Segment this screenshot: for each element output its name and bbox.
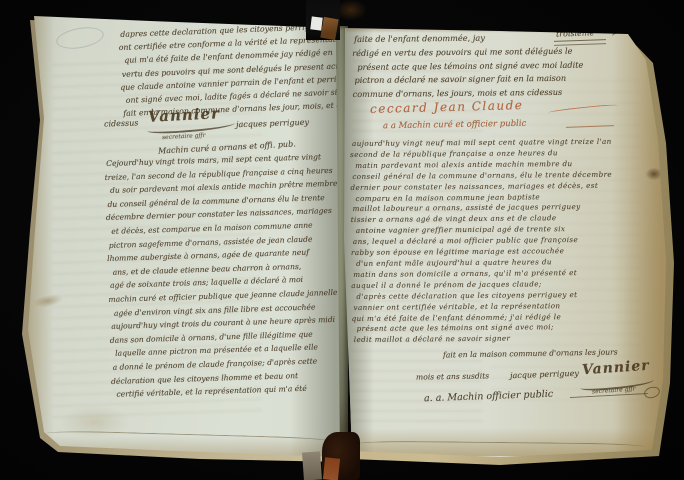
right-page-birth-record: aujourd'huy vingt neuf mai mil sept cent… [352, 137, 614, 346]
left-page-top-edge-shading [30, 10, 340, 23]
left-page-birth-record: Cejourd'huy vingt trois mars, mil sept c… [106, 150, 344, 402]
manuscript-line: ledit maillot a déclaré ne savoir signer [354, 333, 614, 346]
bottom-binding-wood-fragment [323, 457, 340, 480]
document-scan: dapres cette declaration que les citoyen… [0, 0, 684, 480]
manuscript-line: matin dans son domicile a ornans, qu'il … [353, 268, 613, 281]
binding-shadow-glow [336, 0, 366, 20]
ink-blot [646, 168, 662, 180]
closing-line: mois et ans susdits [416, 371, 489, 381]
page-crease [46, 430, 334, 445]
manuscript-line: dernier pour constater les naissances, m… [350, 180, 612, 193]
manuscript-line: d'après cette déclaration que les citoye… [356, 289, 613, 302]
cidessus-word: cidessus [104, 118, 139, 128]
right-page-continuation-paragraph: faite de l'enfant denommée, jay rédigé e… [354, 31, 584, 102]
page-crease [356, 440, 646, 450]
signature-flourish-loop [643, 385, 661, 400]
folio-paraph-flourish [611, 29, 634, 42]
perriguey-signature: jacques perriguey [236, 118, 309, 130]
faint-oval-stamp [55, 24, 106, 52]
bottom-binding-wood-chip [302, 451, 322, 480]
